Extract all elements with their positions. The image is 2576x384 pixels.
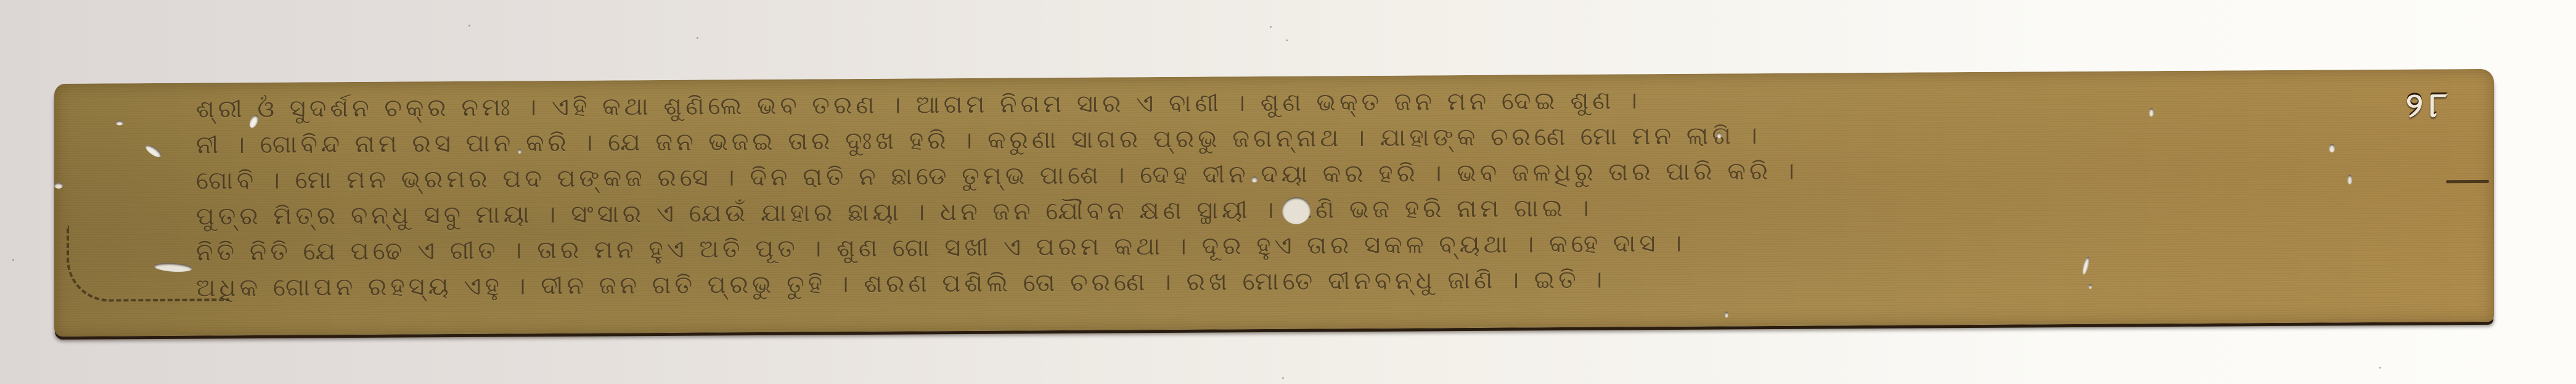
worm-hole (2329, 144, 2335, 152)
dust-speck (697, 37, 698, 39)
palm-leaf-folio: ଶ୍ରୀ ଓଁ ସୁଦର୍ଶନ ଚକ୍ର ନମଃ । ଏହି କଥା ଶୁଣିଲ… (54, 69, 2494, 337)
worm-hole (1717, 132, 1722, 138)
edge-stain (2446, 180, 2489, 183)
dust-speck (468, 25, 470, 27)
folio-number: ୨୮ (2406, 85, 2453, 126)
worm-hole (2347, 174, 2352, 184)
worm-hole (1251, 176, 1257, 182)
manuscript-text-block: ଶ୍ରୀ ଓଁ ସୁଦର୍ଶନ ଚକ୍ର ନମଃ । ଏହି କଥା ଶୁଣିଲ… (196, 78, 2390, 306)
worm-hole (54, 182, 63, 189)
dust-speck (1270, 26, 1272, 28)
worm-hole (2088, 284, 2092, 289)
dust-speck (1286, 39, 1288, 41)
dust-speck (12, 259, 14, 261)
worm-hole (518, 149, 521, 153)
dust-speck (2379, 367, 2381, 369)
worm-hole (144, 143, 163, 160)
dust-speck (1282, 377, 1284, 379)
worm-hole (1725, 311, 1728, 317)
worm-hole (2149, 108, 2154, 116)
binding-string-hole (1282, 197, 1310, 224)
worm-hole (116, 120, 123, 125)
